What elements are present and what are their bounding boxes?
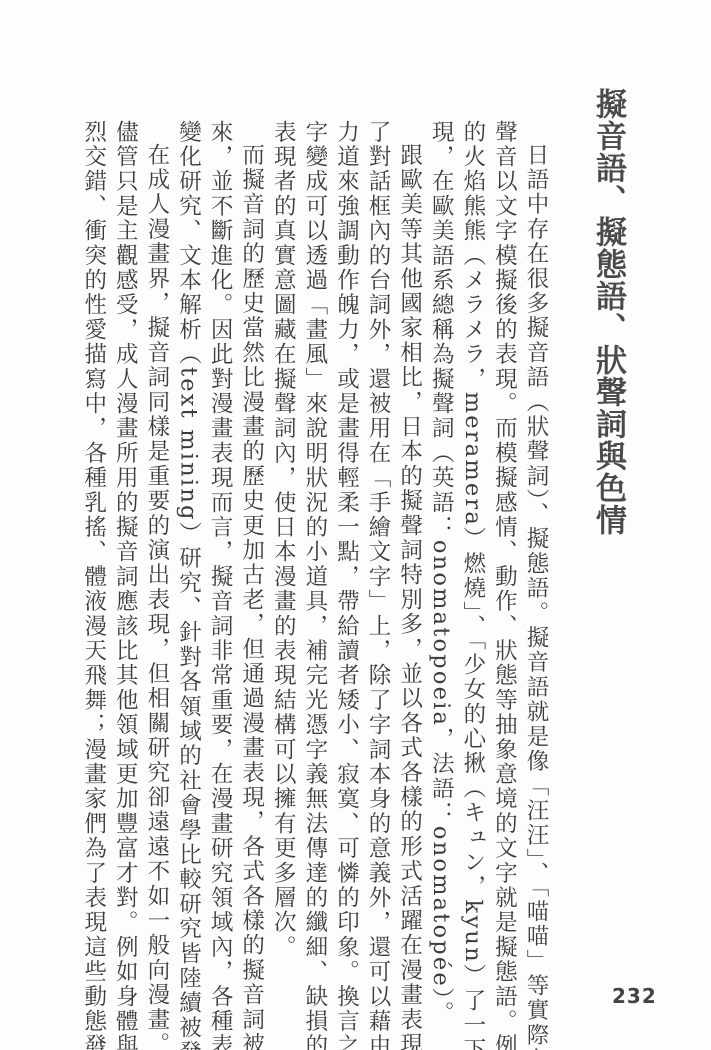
text-line: 而擬音詞的歷史當然比漫畫的歷史更加古老，但通過漫畫表現，各式各樣的擬音詞被發明出	[235, 143, 267, 911]
paragraph-3: 而擬音詞的歷史當然比漫畫的歷史更加古老，但通過漫畫表現，各式各樣的擬音詞被發明出…	[172, 120, 267, 910]
paragraph-4: 在成人漫畫界，擬音詞同樣是重要的演出表現，但相關研究卻遠遠不如一般向漫畫。然而，…	[77, 120, 172, 910]
section-title: 擬音語、擬態語、狀聲詞與色情	[588, 88, 628, 588]
text-line: 字變成可以透過「畫風」來說明狀況的小道具，補完光憑字義無法傳達的纖細、缺損的資訊…	[298, 120, 330, 910]
body-text: 日語中存在很多擬音語（狀聲詞）、擬態語。擬音語就是像「汪汪」、「喵喵」等實際存在…	[77, 120, 551, 910]
book-page: 擬音語、擬態語、狀聲詞與色情 日語中存在很多擬音語（狀聲詞）、擬態語。擬音語就是…	[0, 0, 711, 1050]
text-line: 來，並不斷進化。因此對漫畫表現而言，擬音詞非常重要，在漫畫研究領域內，各種表象解…	[203, 120, 235, 910]
text-line: 表現者的真實意圖藏在擬聲詞內，使日本漫畫的表現結構可以擁有更多層次。	[267, 120, 299, 910]
text-line: 聲音以文字模擬後的表現。而模擬感情、動作、狀態等抽象意境的文字就是擬態語。例如「…	[488, 120, 520, 910]
text-line: 現，在歐美語系總稱為擬聲詞（英語：onomatopoeia，法語：onomato…	[425, 120, 457, 910]
paragraph-1: 日語中存在很多擬音語（狀聲詞）、擬態語。擬音語就是像「汪汪」、「喵喵」等實際存在…	[425, 120, 551, 910]
text-line: 力道來強調動作魄力，或是畫得輕柔一點，帶給讀者矮小、寂寞、可憐的印象。換言之就是…	[330, 120, 362, 910]
text-line: 烈交錯、衝突的性愛描寫中，各種乳搖、體液漫天飛舞；漫畫家們為了表現這些動態發明了…	[77, 120, 109, 910]
text-line: 變化研究、文本解析（text mining）研究、針對各領域的社會學比較研究皆陸…	[172, 120, 204, 910]
text-line: 的火焰熊熊（メラメラ，meramera）燃燒」、「少女的心揪（キュン，kyun）…	[456, 120, 488, 910]
text-line: 在成人漫畫界，擬音詞同樣是重要的演出表現，但相關研究卻遠遠不如一般向漫畫。然而，	[140, 143, 172, 911]
text-line: 跟歐美等其他國家相比，日本的擬聲詞特別多，並以各式各樣的形式活躍在漫畫表現中。除	[393, 143, 425, 911]
page-number: 232	[612, 984, 657, 1008]
text-line: 儘管只是主觀感受，成人漫畫所用的擬音詞應該比其他領域更加豐富才對。例如身體與身體…	[109, 120, 141, 910]
paragraph-2: 跟歐美等其他國家相比，日本的擬聲詞特別多，並以各式各樣的形式活躍在漫畫表現中。除…	[267, 120, 425, 910]
text-line: 了對話框內的台詞外，還被用在「手繪文字」上，除了字詞本身的意義外，還可以藉由加強…	[361, 120, 393, 910]
text-line: 日語中存在很多擬音語（狀聲詞）、擬態語。擬音語就是像「汪汪」、「喵喵」等實際存在	[519, 143, 551, 911]
